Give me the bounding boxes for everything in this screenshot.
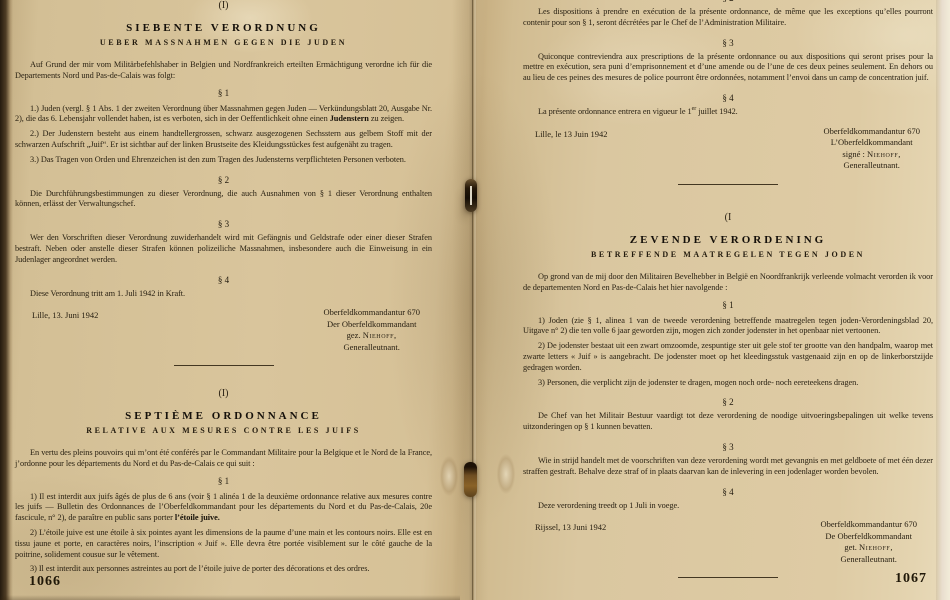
right-page: § 2 Les dispositions à prendre en exécut… — [497, 0, 937, 600]
signature-line: Generalleutnant. — [823, 160, 920, 172]
page-number-left: 1066 — [29, 574, 61, 590]
dutch-item-3: 3) Personen, die verplicht zijn de joden… — [523, 378, 933, 389]
text-segment: 1) Il est interdit aux juifs âgés de plu… — [15, 492, 432, 523]
french-signature-block: Oberfeldkommandantur 670 L’Oberfeldkomma… — [823, 126, 920, 172]
signature-line: Oberfeldkommandantur 670 — [820, 519, 917, 531]
french-dateline: Lille, le 13 Juin 1942 — [535, 129, 607, 139]
signature-line: Generalleutnant. — [820, 554, 917, 566]
german-dateline: Lille, 13. Juni 1942 — [32, 310, 98, 320]
dutch-section-4-text: Deze verordening treedt op 1 Juli in voe… — [523, 501, 933, 512]
dutch-section-1-heading: § 1 — [523, 300, 933, 310]
french-item-3: 3) Il est interdit aux personnes astrein… — [15, 564, 432, 575]
dutch-section-3-text: Wie in strijd handelt met de voorschrift… — [523, 456, 933, 478]
german-signature-block: Oberfeldkommandantur 670 Der Oberfeldkom… — [323, 307, 420, 353]
part-label: (I) — [15, 0, 432, 12]
french-ordinance-title: SEPTIÈME ORDONNANCE — [15, 409, 432, 423]
german-signature-row: Lille, 13. Juni 1942 Oberfeldkommandantu… — [15, 307, 432, 357]
book-gutter — [452, 0, 500, 600]
dutch-section-2-text: De Chef van het Militair Bestuur vaardig… — [523, 411, 933, 433]
french-section-1-heading: § 1 — [15, 476, 432, 486]
french-signature-row: Lille, le 13 Juin 1942 Oberfeldkommandan… — [523, 126, 933, 176]
divider-rule — [678, 184, 778, 185]
signature-line: Der Oberfeldkommandant — [323, 319, 420, 331]
binding-stitch-bottom — [464, 462, 477, 497]
french-ordinance-section: (I) SEPTIÈME ORDONNANCE RELATIVE AUX MES… — [15, 388, 432, 575]
page-number-right: 1067 — [895, 571, 927, 587]
german-item-1: 1.) Juden (vergl. § 1 Abs. 1 der zweiten… — [15, 104, 432, 126]
german-section-1-heading: § 1 — [15, 88, 432, 98]
dutch-intro-paragraph: Op grond van de mij door den Militairen … — [523, 272, 933, 294]
french-section-4-text: La présente ordonnance entrera en vigueu… — [523, 107, 933, 118]
signature-line: Oberfeldkommandantur 670 — [823, 126, 920, 138]
dutch-ordinance-subtitle: BETREFFENDE MAATREGELEN TEGEN JODEN — [523, 250, 933, 260]
signature-line: De Oberfeldkommandant — [820, 531, 917, 543]
german-section-4-text: Diese Verordnung tritt am 1. Juli 1942 i… — [15, 289, 432, 300]
dutch-signature-block: Oberfeldkommandantur 670 De Oberfeldkomm… — [820, 519, 917, 565]
book-edge-left — [0, 0, 13, 600]
divider-rule — [174, 365, 274, 366]
left-page: (I) SIEBENTE VERORDNUNG UEBER MASSNAHMEN… — [13, 0, 460, 600]
text-segment: zu zeigen. — [369, 114, 404, 123]
signatory-name: Niehoff, — [363, 330, 397, 340]
page-edge-bottom-shadow — [0, 595, 460, 600]
german-ordinance-title: SIEBENTE VERORDNUNG — [15, 21, 432, 35]
dutch-ordinance-section: (I ZEVENDE VERORDENING BETREFFENDE MAATR… — [523, 212, 933, 578]
dutch-item-2: 2) De jodenster bestaat uit een zwart om… — [523, 341, 933, 373]
dutch-ordinance-title: ZEVENDE VERORDENING — [523, 233, 933, 247]
signature-line: L’Oberfeldkommandant — [823, 137, 920, 149]
page-fore-edge-right — [936, 0, 950, 600]
french-section-2-heading: § 2 — [523, 0, 933, 3]
divider-rule — [678, 577, 778, 578]
german-ordinance-subtitle: UEBER MASSNAHMEN GEGEN DIE JUDEN — [15, 38, 432, 48]
text-segment: juillet 1942. — [696, 107, 737, 116]
signatory-name: Niehoff, — [867, 149, 901, 159]
french-section-2-text: Les dispositions à prendre en exécution … — [523, 7, 933, 29]
part-label: (I) — [15, 388, 432, 400]
gutter-fold-highlight — [474, 0, 476, 600]
text-segment-bold: Judenstern — [330, 114, 369, 123]
french-ordinance-continuation: § 2 Les dispositions à prendre en exécut… — [523, 0, 933, 185]
text-segment-bold: l’étoile juive. — [175, 513, 220, 522]
text-segment: La présente ordonnance entrera en vigueu… — [538, 107, 692, 116]
binding-stitch-top — [465, 179, 477, 212]
french-ordinance-subtitle: RELATIVE AUX MESURES CONTRE LES JUIFS — [15, 426, 432, 436]
dutch-item-1: 1) Joden (zie § 1, alinea 1 van de tweed… — [523, 316, 933, 338]
dutch-section-2-heading: § 2 — [523, 397, 933, 407]
signature-line: Generalleutnant. — [323, 342, 420, 354]
part-label: (I — [523, 212, 933, 224]
french-item-1: 1) Il est interdit aux juifs âgés de plu… — [15, 492, 432, 524]
french-item-2: 2) L’étoile juive est une étoile à six p… — [15, 528, 432, 560]
german-item-3: 3.) Das Tragen von Orden und Ehrenzeiche… — [15, 155, 432, 166]
german-section-2-text: Die Durchführungsbestimmungen zu dieser … — [15, 189, 432, 211]
german-section-3-heading: § 3 — [15, 219, 432, 229]
dutch-dateline: Rijssel, 13 Juni 1942 — [535, 522, 606, 532]
signature-line: get. Niehoff, — [820, 542, 917, 554]
german-section-4-heading: § 4 — [15, 275, 432, 285]
signatory-name: Niehoff, — [859, 542, 893, 552]
document-spread: (I) SIEBENTE VERORDNUNG UEBER MASSNAHMEN… — [0, 0, 950, 600]
german-section-3-text: Wer den Vorschriften dieser Verordnung z… — [15, 233, 432, 265]
german-intro-paragraph: Auf Grund der mir vom Militärbefehlshabe… — [15, 60, 432, 82]
german-ordinance-section: (I) SIEBENTE VERORDNUNG UEBER MASSNAHMEN… — [15, 0, 432, 366]
signature-line: gez. Niehoff, — [323, 330, 420, 342]
signature-line: Oberfeldkommandantur 670 — [323, 307, 420, 319]
german-item-2: 2.) Der Judenstern besteht aus einem han… — [15, 129, 432, 151]
text-segment: gez. — [347, 330, 363, 340]
text-segment: get. — [844, 542, 859, 552]
signature-line: signé : Niehoff, — [823, 149, 920, 161]
dutch-section-4-heading: § 4 — [523, 487, 933, 497]
text-segment: signé : — [842, 149, 867, 159]
german-section-2-heading: § 2 — [15, 175, 432, 185]
gutter-fold-line — [472, 0, 473, 600]
french-section-3-heading: § 3 — [523, 38, 933, 48]
french-section-3-text: Quiconque contreviendra aux prescription… — [523, 52, 933, 84]
dutch-section-3-heading: § 3 — [523, 442, 933, 452]
dutch-signature-row: Rijssel, 13 Juni 1942 Oberfeldkommandant… — [523, 519, 933, 569]
french-section-4-heading: § 4 — [523, 93, 933, 103]
stitch-thread — [470, 186, 472, 205]
french-intro-paragraph: En vertu des pleins pouvoirs qui m’ont é… — [15, 448, 432, 470]
